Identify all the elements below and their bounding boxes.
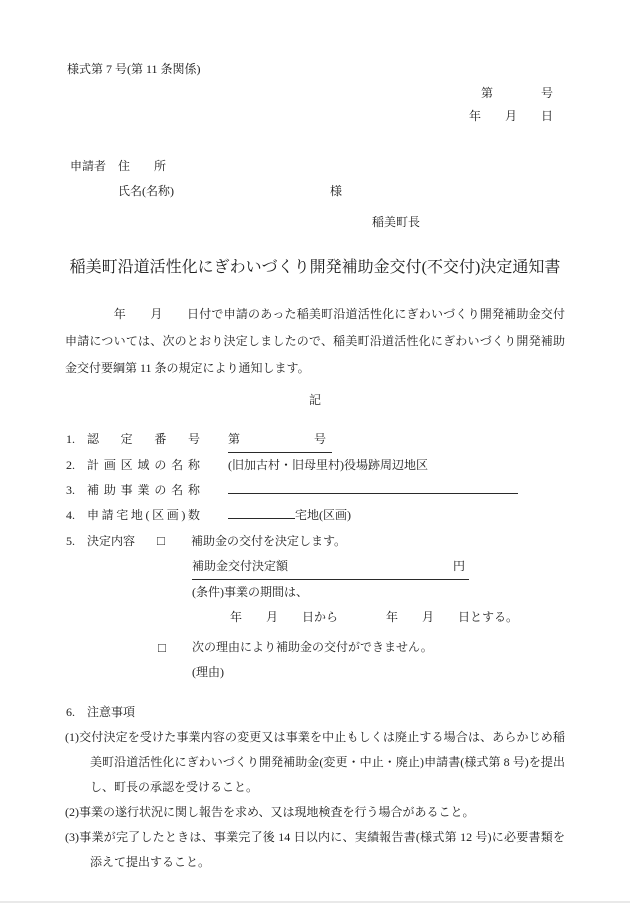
document-page: 様式第 7 号(第 11 条関係) 第 号 年 月 日 申請者 住 所 氏名(名…: [0, 0, 630, 903]
item-value: 第 号: [228, 427, 332, 453]
grant-checkbox: □: [157, 528, 191, 553]
deny-text: 次の理由により補助金の交付ができません。: [192, 635, 433, 660]
grant-text: 補助金の交付を決定します。: [191, 529, 346, 554]
date-line: 年 月 日: [65, 105, 565, 128]
applicant-address-row: 申請者 住 所: [70, 154, 565, 179]
item-number: 5.: [65, 529, 87, 554]
lot-count-blank-field: [228, 505, 295, 519]
item-value: 宅地(区画): [228, 503, 351, 528]
deny-row: □ 次の理由により補助金の交付ができません。: [158, 635, 565, 660]
amount-label: 補助金交付決定額: [192, 554, 288, 579]
applicant-label: 申請者: [70, 154, 118, 179]
item-label: 計画区域の名称: [87, 453, 200, 478]
decision-label: 決定内容: [87, 529, 157, 554]
certification-number-field: 第 号: [228, 427, 332, 453]
project-name-blank-field: [228, 480, 518, 494]
item-decision-content: 5. 決定内容 □ 補助金の交付を決定します。: [65, 528, 565, 554]
item-lot-count: 4. 申請宅地(区画)数 宅地(区画): [65, 503, 565, 528]
grant-amount-field: 補助金交付決定額 円: [192, 554, 469, 580]
number-suffix: 号: [314, 427, 326, 452]
document-title: 稲美町沿道活性化にぎわいづくり開発補助金交付(不交付)決定通知書: [65, 255, 565, 281]
item-number: 2.: [65, 453, 87, 478]
notes-section: 6. 注意事項 (1)交付決定を受けた事業内容の変更又は事業を中止もしくは廃止す…: [65, 700, 565, 875]
applicant-label-spacer: [70, 179, 118, 204]
amount-unit-yen: 円: [453, 554, 465, 579]
notes-heading-row: 6. 注意事項: [65, 700, 565, 725]
item-label: 申請宅地(区画)数: [87, 503, 200, 528]
sender-mayor: 稲美町長: [65, 210, 565, 235]
notes-heading: 注意事項: [87, 700, 135, 725]
item-certification-number: 1. 認定番号 第 号: [65, 427, 565, 453]
project-period-row: 年 月 日から 年 月 日とする。: [230, 605, 565, 630]
item-number: 1.: [65, 427, 87, 452]
grant-condition-row: (条件)事業の期間は、: [192, 580, 565, 605]
honorific-sama: 様: [330, 179, 342, 204]
document-number-line: 第 号: [65, 82, 565, 105]
deny-reason-label: (理由): [192, 660, 565, 685]
applicant-name-row: 氏名(名称) 様: [70, 179, 565, 204]
item-number: 3.: [65, 478, 87, 503]
lot-count-unit: 宅地(区画): [295, 508, 351, 522]
item-label: 補助事業の名称: [87, 478, 200, 503]
item-subsidized-project-name: 3. 補助事業の名称: [65, 478, 565, 503]
deny-checkbox: □: [158, 635, 192, 660]
form-reference: 様式第 7 号(第 11 条関係): [65, 57, 565, 82]
applicant-block: 申請者 住 所 氏名(名称) 様: [65, 154, 565, 204]
notes-number: 6.: [65, 700, 87, 725]
item-number: 4.: [65, 503, 87, 528]
grant-amount-row: 補助金交付決定額 円: [192, 554, 565, 580]
item-list: 1. 認定番号 第 号 2. 計画区域の名称 (旧加古村・旧母里村)役場跡周辺地…: [65, 427, 565, 685]
note-item-1: (1)交付決定を受けた事業内容の変更又は事業を中止もしくは廃止する場合は、あらか…: [65, 725, 565, 800]
number-prefix: 第: [228, 427, 240, 452]
note-item-3: (3)事業が完了したときは、事業完了後 14 日以内に、実績報告書(様式第 12…: [65, 825, 565, 875]
name-label: 氏名(名称): [118, 179, 330, 204]
item-value: [228, 478, 518, 503]
intro-paragraph: 年 月 日付で申請のあった稲美町沿道活性化にぎわいづくり開発補助金交付申請につい…: [65, 301, 565, 382]
address-label: 住 所: [118, 154, 166, 179]
item-label: 認定番号: [87, 427, 200, 452]
ki-separator: 記: [65, 388, 565, 413]
item-plan-area-name: 2. 計画区域の名称 (旧加古村・旧母里村)役場跡周辺地区: [65, 453, 565, 478]
plan-area-value: (旧加古村・旧母里村)役場跡周辺地区: [228, 453, 428, 478]
note-item-2: (2)事業の遂行状況に関し報告を求め、又は現地検査を行う場合があること。: [65, 800, 565, 825]
